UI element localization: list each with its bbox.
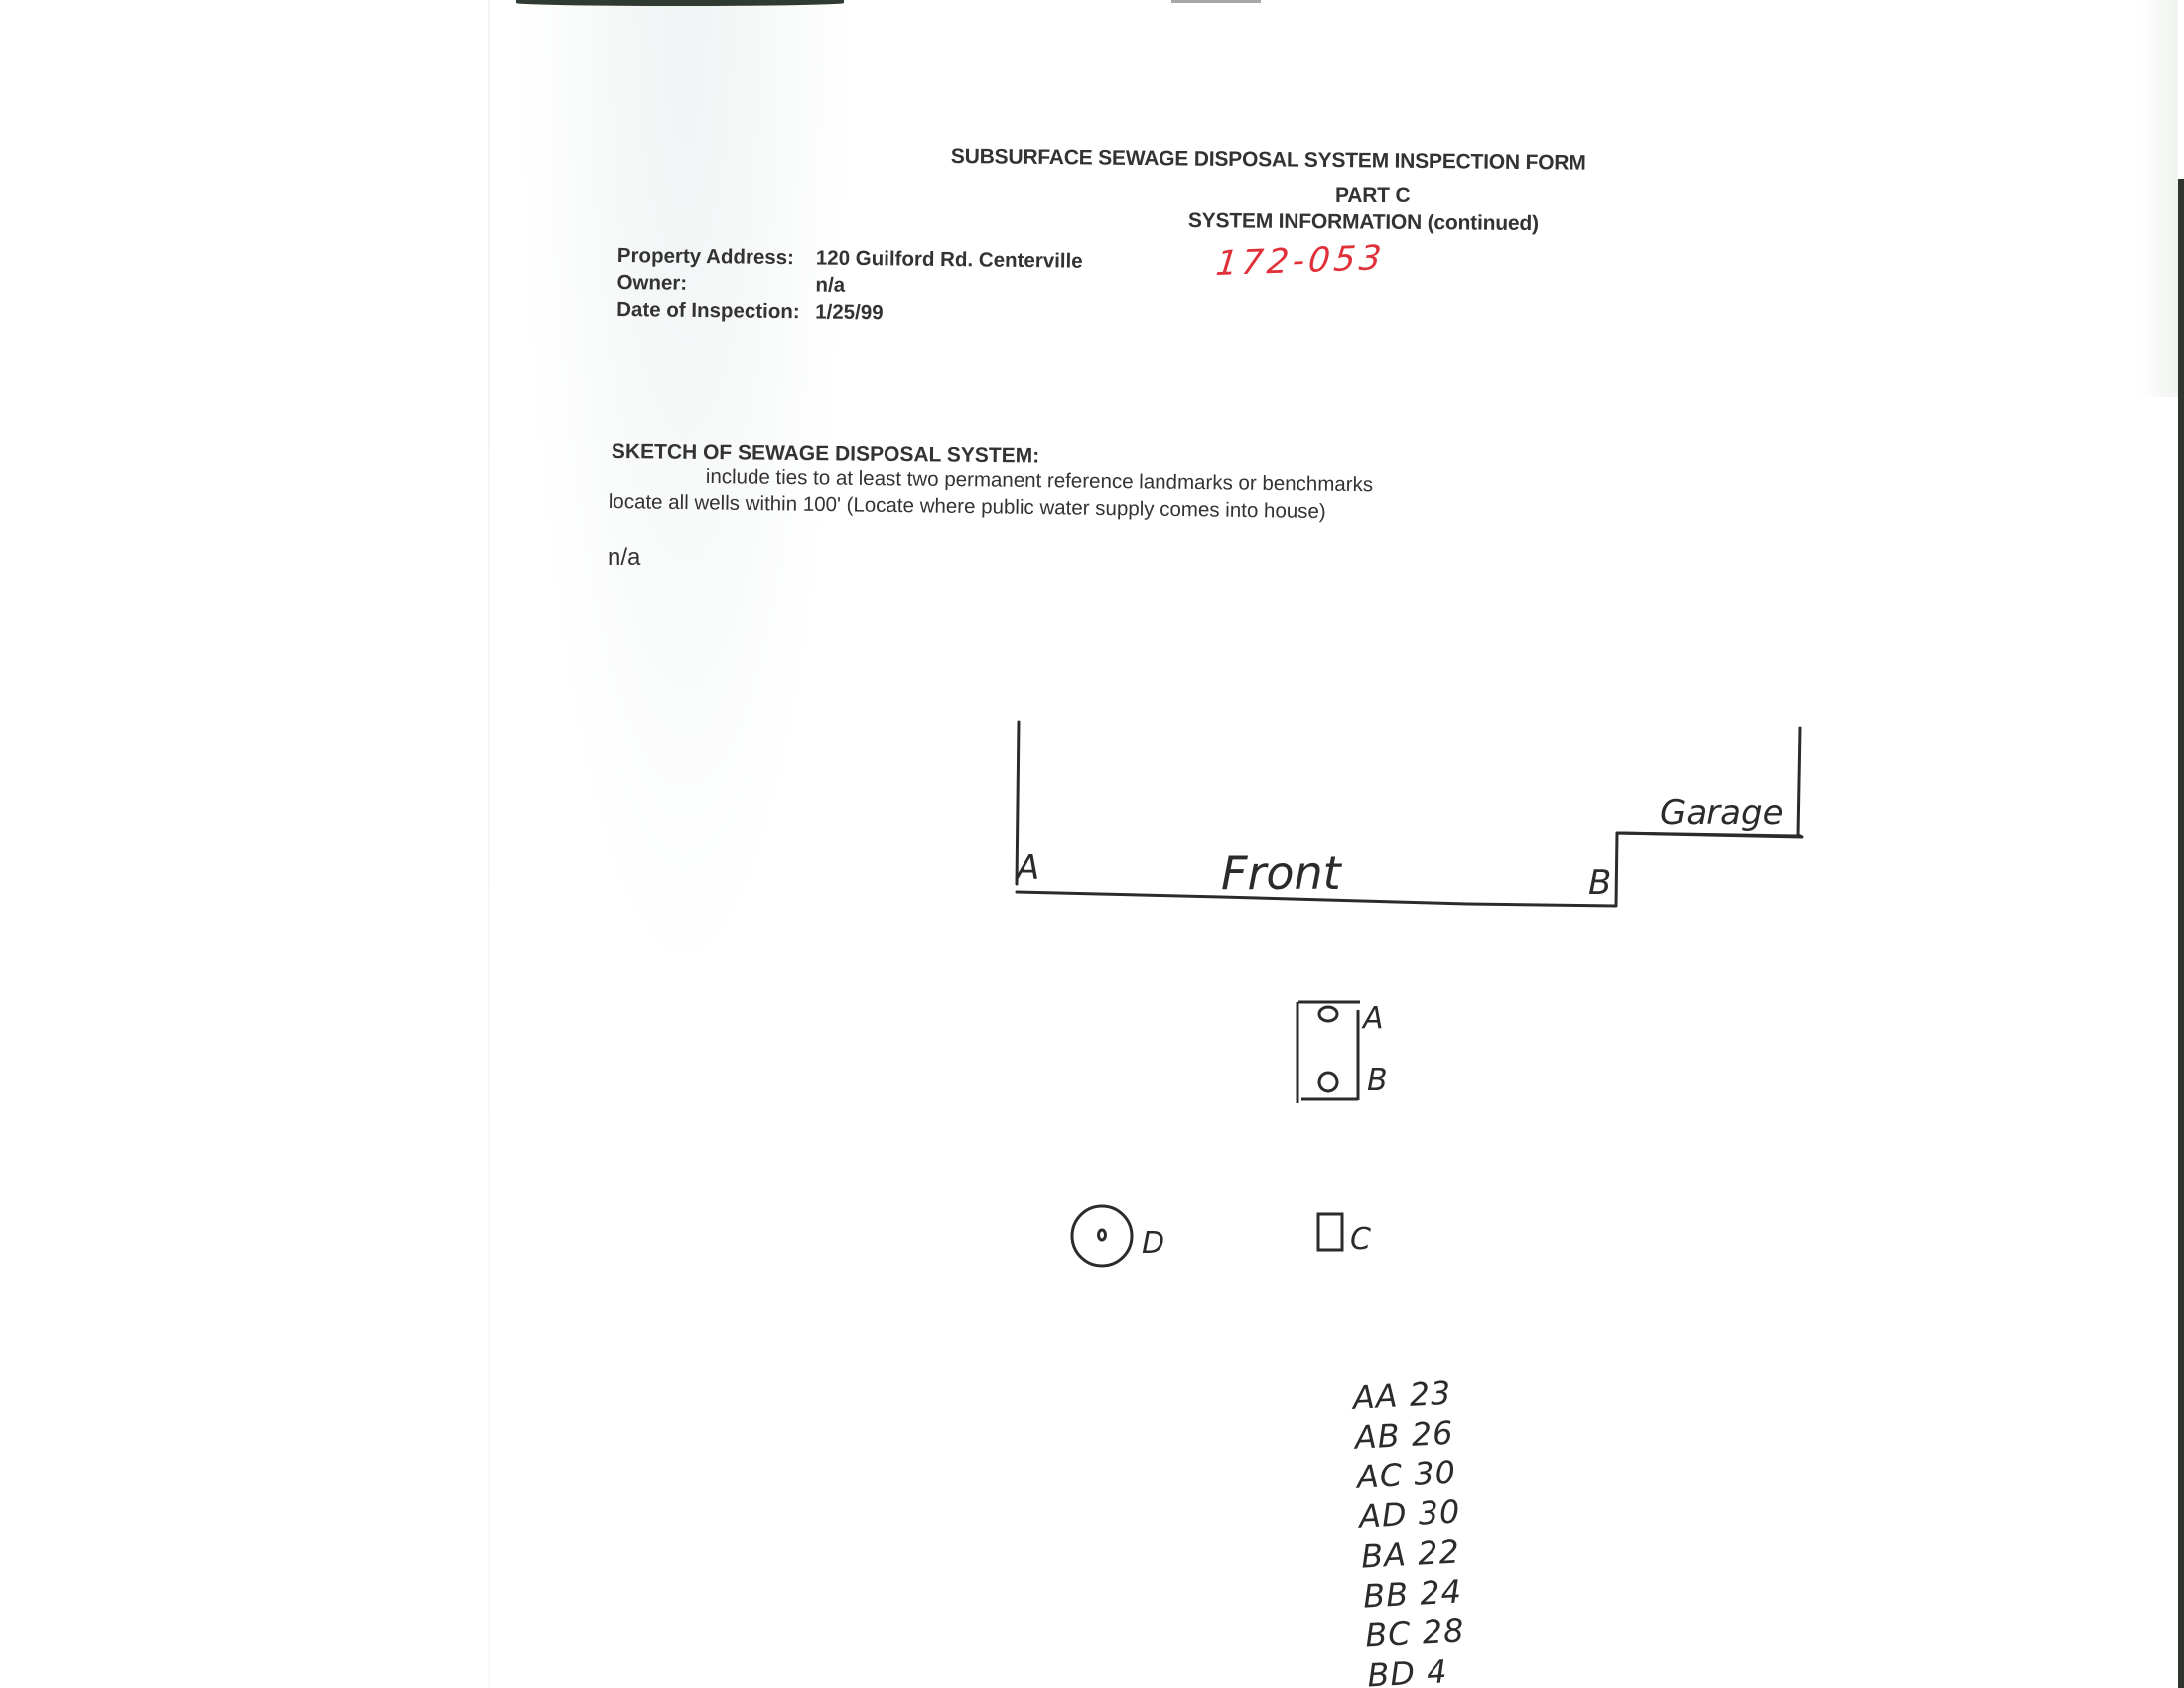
point-c-label: C	[1350, 1222, 1371, 1257]
well-d-symbol	[1072, 1206, 1132, 1266]
garage-label: Garage	[1660, 793, 1784, 833]
tie-value: 30	[1413, 1454, 1457, 1493]
tie-label: BB	[1362, 1575, 1410, 1615]
tie-row: AA 23	[1352, 1373, 1455, 1418]
front-label: Front	[1221, 846, 1343, 900]
tie-row: AC 30	[1356, 1452, 1459, 1496]
tie-label: BA	[1360, 1535, 1408, 1575]
tie-label: AD	[1358, 1495, 1408, 1535]
tie-value: 4	[1426, 1652, 1448, 1688]
tie-value: 22	[1417, 1532, 1461, 1572]
point-d-label: D	[1142, 1226, 1164, 1261]
tie-label: AC	[1356, 1456, 1404, 1495]
site-sketch: A Front B Garage A B D C	[0, 0, 2184, 1688]
corner-a-label: A	[1015, 848, 1039, 888]
tie-label: AB	[1354, 1416, 1402, 1456]
tie-label: BC	[1364, 1615, 1412, 1654]
tie-value: 26	[1411, 1414, 1455, 1454]
tank-a-label: A	[1361, 1001, 1384, 1036]
tie-row: BB 24	[1362, 1571, 1465, 1616]
tie-label: BD	[1366, 1654, 1417, 1688]
tie-value: 23	[1409, 1374, 1453, 1414]
corner-b-label: B	[1588, 863, 1611, 903]
tie-measurements: AA 23 AB 26 AC 30 AD 30 BA 22 BB 24 BC 2…	[1352, 1373, 1470, 1688]
tie-row: BA 22	[1360, 1531, 1463, 1576]
point-c-symbol	[1318, 1214, 1342, 1250]
septic-tank	[1297, 1002, 1360, 1103]
tie-value: 24	[1419, 1572, 1463, 1612]
tie-row: BC 28	[1364, 1611, 1467, 1655]
tie-value: 28	[1422, 1612, 1466, 1651]
tie-row: AD 30	[1358, 1491, 1461, 1536]
tie-row: AB 26	[1354, 1412, 1457, 1457]
tie-label: AA	[1352, 1377, 1400, 1417]
tie-row: BD 4	[1366, 1650, 1469, 1688]
tank-b-label: B	[1367, 1063, 1388, 1098]
tie-value: 30	[1418, 1492, 1462, 1532]
